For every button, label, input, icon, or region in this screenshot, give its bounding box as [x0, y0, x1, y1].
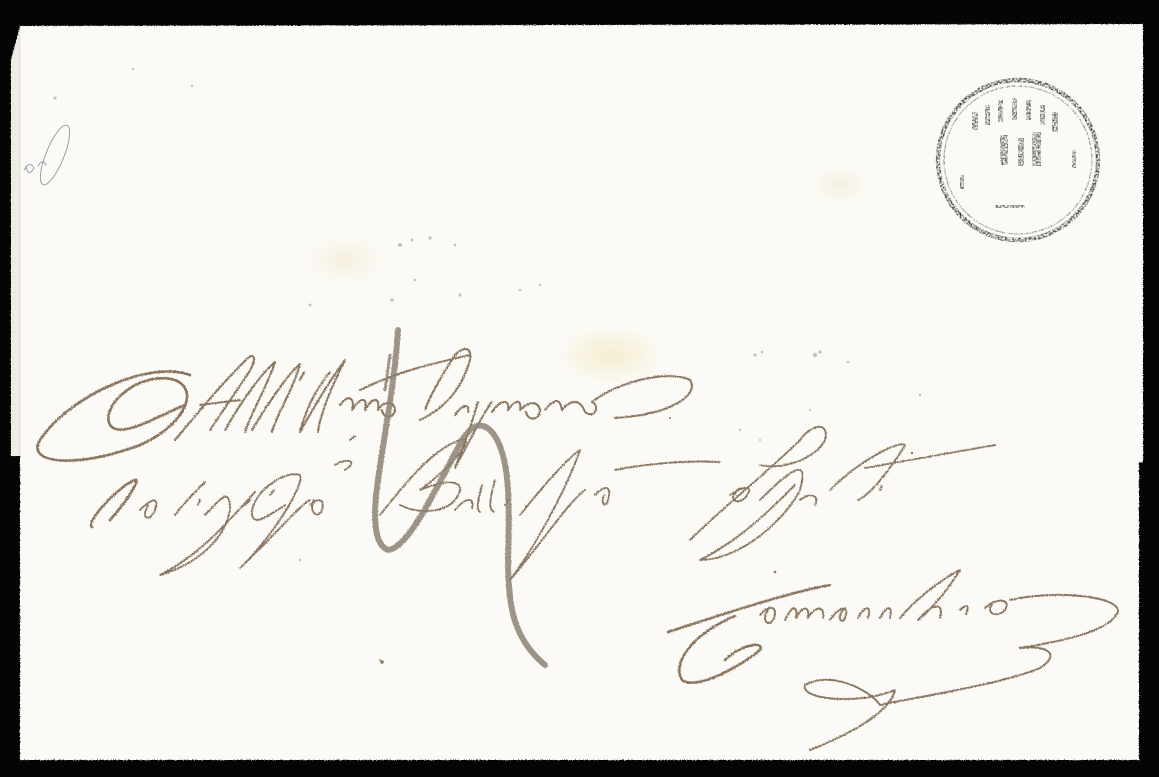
paper-sheet — [11, 24, 1143, 760]
letter-photo: All'Ill.mo Signore Il Sig.r Gio. Battist… — [0, 0, 1159, 777]
cover-drawing — [0, 0, 1159, 777]
